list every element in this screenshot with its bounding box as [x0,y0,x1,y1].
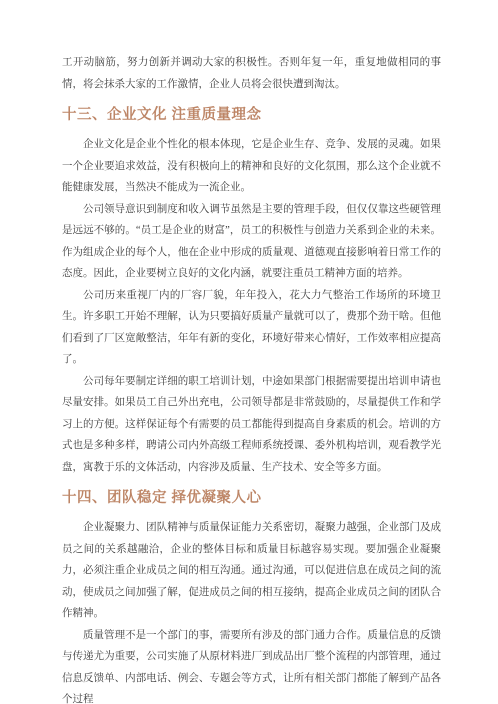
body-paragraph: 公司每年要制定详细的职工培训计划，中途如果部门根据需要提出培训申请也尽量安排。如… [62,371,441,479]
document-page: 工开动脑筋，努力创新并调动大家的积极性。否则年复一年，重复地做相同的事情，将会抹… [0,0,498,704]
body-paragraph: 公司历来重视厂内的厂容厂貌，年年投入，花大力气整治工作场所的环境卫生。许多职工开… [62,285,441,371]
section-heading: 十四、团队稳定 择优凝聚人心 [62,487,441,509]
body-paragraph: 质量管理不是一个部门的事，需要所有涉及的部门通力合作。质量信息的反馈与传递尤为重… [62,625,441,704]
continuation-paragraph: 工开动脑筋，努力创新并调动大家的积极性。否则年复一年，重复地做相同的事情，将会抹… [62,52,441,95]
body-paragraph: 企业文化是企业个性化的根本体现，它是企业生存、竞争、发展的灵魂。如果一个企业要追… [62,134,441,199]
section-heading: 十三、企业文化 注重质量理念 [62,104,441,126]
body-paragraph: 企业凝聚力、团队精神与质量保证能力关系密切，凝聚力越强，企业部门及成员之间的关系… [62,517,441,625]
body-paragraph: 公司领导意识到制度和收入调节虽然是主要的管理手段，但仅仅靠这些硬管理是远远不够的… [62,199,441,285]
